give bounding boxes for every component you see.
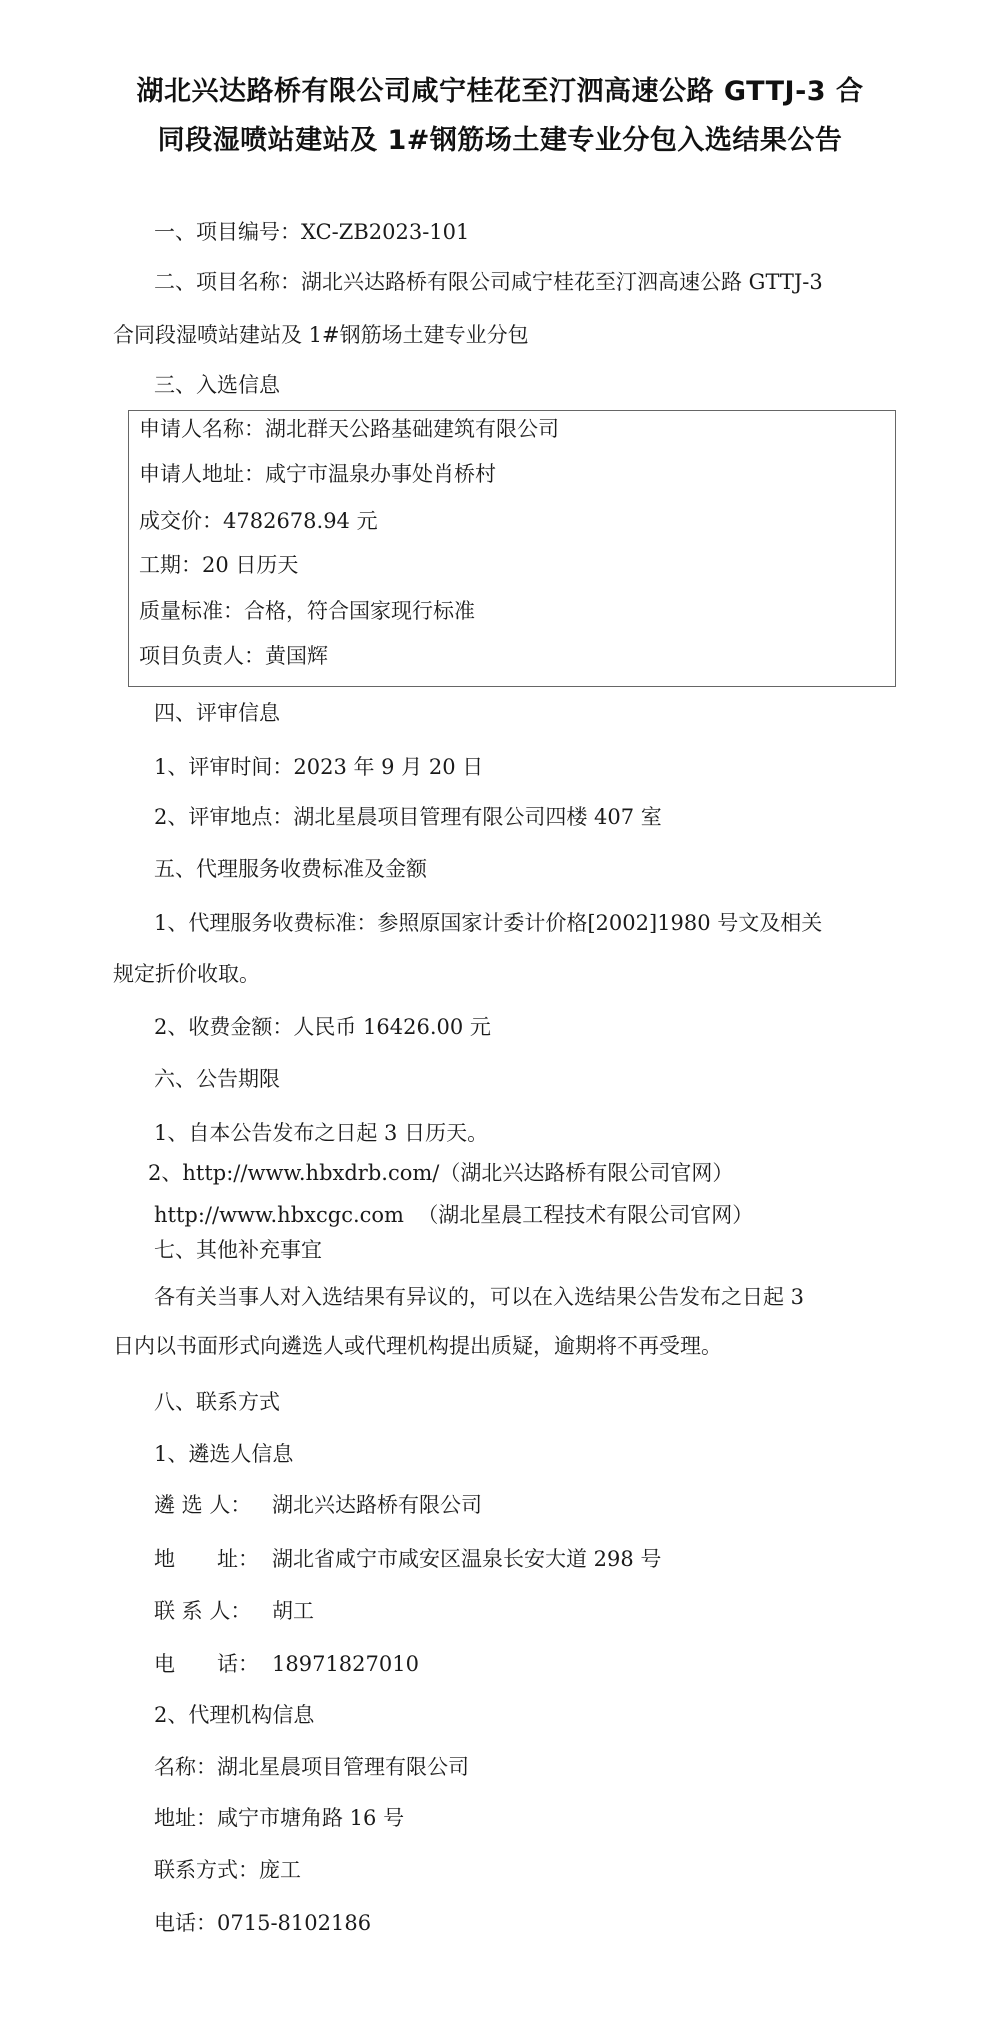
website-link-hbxcgc[interactable]: http://www.hbxcgc.com: [154, 1203, 404, 1227]
construction-period: 工期：20 日历天: [139, 552, 298, 578]
field-label: 项目负责人：: [139, 644, 265, 668]
project-number-value: XC-ZB2023-101: [301, 220, 469, 244]
fee-amount: 2、收费金额：人民币 16426.00 元: [154, 1014, 491, 1040]
project-number: 一、项目编号：XC-ZB2023-101: [154, 219, 469, 245]
fee-standard-cont: 规定折价收取。: [113, 961, 260, 987]
agency-phone: 电话：0715-8102186: [154, 1910, 371, 1936]
other-matters-heading: 七、其他补充事宜: [154, 1237, 322, 1263]
field-value: 20 日历天: [202, 553, 298, 577]
applicant-name: 申请人名称：湖北群天公路基础建筑有限公司: [139, 416, 559, 442]
project-name-value: 湖北兴达路桥有限公司咸宁桂花至汀泗高速公路 GTTJ-3: [301, 270, 823, 294]
selector-address: 地 址：湖北省咸宁市咸安区温泉长安大道 298 号: [154, 1546, 661, 1572]
notice-website-2: http://www.hbxcgc.com （湖北星晨工程技术有限公司官网）: [154, 1202, 753, 1228]
review-info-heading: 四、评审信息: [154, 700, 280, 726]
selector-phone: 电 话：18971827010: [154, 1651, 419, 1677]
selection-info-box: 申请人名称：湖北群天公路基础建筑有限公司 申请人地址：咸宁市温泉办事处肖桥村 成…: [128, 410, 896, 687]
title-line-1: 湖北兴达路桥有限公司咸宁桂花至汀泗高速公路 GTTJ-3 合: [0, 75, 1000, 109]
field-label: 工期：: [139, 553, 202, 577]
objection-paragraph-cont: 日内以书面形式向遴选人或代理机构提出质疑，逾期将不再受理。: [113, 1333, 722, 1359]
title-line-2: 同段湿喷站建站及 1#钢筋场土建专业分包入选结果公告: [0, 124, 1000, 158]
applicant-address: 申请人地址：咸宁市温泉办事处肖桥村: [139, 461, 496, 487]
field-value: 胡工: [272, 1599, 314, 1623]
agency-info-subheading: 2、代理机构信息: [154, 1702, 314, 1728]
notice-websites: 2、http://www.hbxdrb.com/（湖北兴达路桥有限公司官网）: [148, 1160, 733, 1186]
selector-contact: 联 系 人：胡工: [154, 1598, 314, 1624]
project-leader: 项目负责人：黄国辉: [139, 643, 328, 669]
field-label: 成交价：: [139, 509, 223, 533]
item-prefix: 2、: [148, 1161, 182, 1185]
field-value: 湖北群天公路基础建筑有限公司: [265, 417, 559, 441]
field-value: 18971827010: [272, 1652, 419, 1676]
project-name-cont: 合同段湿喷站建站及 1#钢筋场土建专业分包: [113, 322, 529, 348]
field-value: 黄国辉: [265, 644, 328, 668]
field-value: 4782678.94 元: [223, 509, 378, 533]
agency-contact: 联系方式：庞工: [154, 1857, 301, 1883]
field-label: 申请人名称：: [139, 417, 265, 441]
field-value: 湖北兴达路桥有限公司: [272, 1493, 482, 1517]
notice-period-days: 1、自本公告发布之日起 3 日历天。: [154, 1120, 488, 1146]
selection-info-heading: 三、入选信息: [154, 372, 280, 398]
objection-paragraph: 各有关当事人对入选结果有异议的，可以在入选结果公告发布之日起 3: [154, 1284, 804, 1310]
field-label: 质量标准：: [139, 599, 244, 623]
website-link-hbxdrb[interactable]: http://www.hbxdrb.com/: [182, 1161, 439, 1185]
website-note: （湖北星晨工程技术有限公司官网）: [417, 1203, 753, 1227]
field-label: 地 址：: [154, 1546, 272, 1572]
field-label: 电 话：: [154, 1651, 272, 1677]
project-name-label: 二、项目名称：: [154, 270, 301, 294]
agency-name: 名称：湖北星晨项目管理有限公司: [154, 1754, 469, 1780]
field-label: 申请人地址：: [139, 462, 265, 486]
agency-fee-heading: 五、代理服务收费标准及金额: [154, 856, 427, 882]
field-value: 湖北省咸宁市咸安区温泉长安大道 298 号: [272, 1547, 661, 1571]
selector-name: 遴 选 人：湖北兴达路桥有限公司: [154, 1492, 482, 1518]
fee-standard: 1、代理服务收费标准：参照原国家计委计价格[2002]1980 号文及相关: [154, 910, 822, 936]
transaction-price: 成交价：4782678.94 元: [139, 508, 378, 534]
field-value: 合格，符合国家现行标准: [244, 599, 475, 623]
notice-period-heading: 六、公告期限: [154, 1066, 280, 1092]
quality-standard: 质量标准：合格，符合国家现行标准: [139, 598, 475, 624]
project-name: 二、项目名称：湖北兴达路桥有限公司咸宁桂花至汀泗高速公路 GTTJ-3: [154, 269, 823, 295]
selector-info-subheading: 1、遴选人信息: [154, 1441, 293, 1467]
agency-address: 地址：咸宁市塘角路 16 号: [154, 1805, 404, 1831]
field-value: 咸宁市温泉办事处肖桥村: [265, 462, 496, 486]
field-label: 遴 选 人：: [154, 1492, 272, 1518]
review-location: 2、评审地点：湖北星晨项目管理有限公司四楼 407 室: [154, 804, 662, 830]
project-number-label: 一、项目编号：: [154, 220, 301, 244]
review-time: 1、评审时间：2023 年 9 月 20 日: [154, 754, 483, 780]
contact-heading: 八、联系方式: [154, 1389, 280, 1415]
website-note: （湖北兴达路桥有限公司官网）: [439, 1161, 733, 1185]
field-label: 联 系 人：: [154, 1598, 272, 1624]
